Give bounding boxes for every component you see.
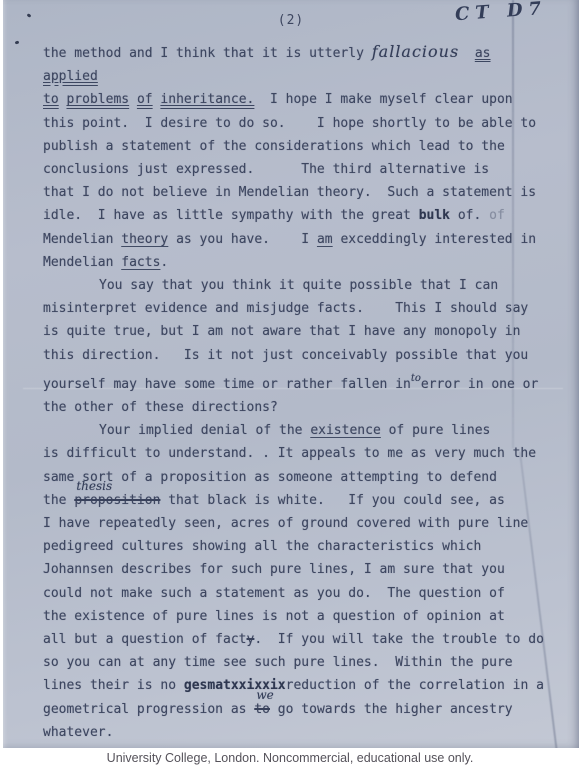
typed-line: Johannsen describes for such pure lines,… <box>43 558 551 581</box>
typed-line: publish a statement of the consideration… <box>43 135 551 158</box>
text-segment: all but a question of fact <box>43 632 247 647</box>
text-segment: whatever. <box>43 725 113 740</box>
text-segment: misinterpret evidence and misjudge facts… <box>43 301 528 316</box>
typed-line: that I do not believe in Mendelian theor… <box>43 181 551 204</box>
text-segment: Mendelian <box>43 255 121 270</box>
typed-line: is difficult to understand. . It appeals… <box>43 442 551 465</box>
typed-line: idle. I have as little sympathy with the… <box>43 204 551 227</box>
typed-line: is quite true, but I am not aware that I… <box>43 320 551 343</box>
text-segment: reduction of the correlation in a <box>286 678 544 693</box>
text-segment: yourself may have some time or rather fa… <box>43 377 411 392</box>
typed-line: Your implied denial of the existence of … <box>43 419 551 442</box>
text-segment: am <box>317 232 333 247</box>
text-segment: conclusions just expressed. The third al… <box>43 162 489 177</box>
typed-line: all but a question of facty. If you will… <box>43 628 551 651</box>
typed-line: pedigreed cultures showing all the chara… <box>43 535 551 558</box>
text-segment: the other of these directions? <box>43 400 278 415</box>
paper-speck <box>15 40 20 44</box>
page-number: (2) <box>3 13 579 28</box>
text-segment: of pure lines <box>381 423 491 438</box>
text-segment: lines their is no <box>43 678 184 693</box>
typed-line: whatever. <box>43 721 551 744</box>
text-segment <box>459 46 475 61</box>
text-segment: I hope I make myself clear upon <box>254 92 512 107</box>
text-segment: as you have. I <box>168 232 317 247</box>
typed-line: Mendelian facts. <box>43 251 551 274</box>
text-segment: that I do not believe in Mendelian theor… <box>43 185 536 200</box>
typed-line: I have repeatedly seen, acres of ground … <box>43 512 551 535</box>
typed-line: yourself may have some time or rather fa… <box>43 367 551 396</box>
text-segment: could not make such a statement as you d… <box>43 586 505 601</box>
typed-line: lines their is no gesmatxxixxixreduction… <box>43 674 551 697</box>
handwritten-insertion: we <box>256 689 273 701</box>
text-segment: is difficult to understand. . It appeals… <box>43 446 536 461</box>
letter-page: CT D7 (2) the method and I think that it… <box>3 0 579 748</box>
text-segment: of <box>137 92 153 107</box>
typed-line: conclusions just expressed. The third al… <box>43 158 551 181</box>
text-segment: this direction. Is it not just conceivab… <box>43 348 528 363</box>
text-segment: . <box>160 255 168 270</box>
text-segment: Mendelian <box>43 232 121 247</box>
typed-line: geometrical progression as towe go towar… <box>43 698 551 721</box>
typed-line: Mendelian theory as you have. I am exced… <box>43 228 551 251</box>
typed-line: misinterpret evidence and misjudge facts… <box>43 297 551 320</box>
text-segment: the existence of pure lines is not a que… <box>43 609 505 624</box>
text-segment: . If you will take the trouble to do <box>254 632 544 647</box>
text-segment: facts <box>121 255 160 270</box>
copyright-caption: University College, London. Noncommercia… <box>0 748 580 768</box>
text-segment: to <box>411 373 421 384</box>
typed-line: the existence of pure lines is not a que… <box>43 605 551 628</box>
text-segment: propositionthesis <box>74 493 160 508</box>
typed-line: to problems of inheritance. I hope I mak… <box>43 88 551 111</box>
typed-line: the other of these directions? <box>43 396 551 419</box>
text-segment: towe <box>254 702 270 717</box>
text-segment: pedigreed cultures showing all the chara… <box>43 539 481 554</box>
text-segment: You say that you think it quite possible… <box>99 278 498 293</box>
text-segment: of. <box>450 208 489 223</box>
text-segment: error in one or <box>421 377 538 392</box>
text-segment: problems <box>66 92 129 107</box>
text-segment: applied <box>43 69 98 84</box>
text-segment: as <box>475 46 491 61</box>
text-segment: so you can at any time see such pure lin… <box>43 655 513 670</box>
footer-band: University College, London. Noncommercia… <box>0 748 580 770</box>
text-segment: existence <box>310 423 380 438</box>
text-segment: of <box>489 208 505 223</box>
text-segment: idle. I have as little sympathy with the… <box>43 208 419 223</box>
text-segment: I have repeatedly seen, acres of ground … <box>43 516 528 531</box>
handwritten-word: fallacious <box>372 42 459 61</box>
typed-line: the method and I think that it is utterl… <box>43 40 551 88</box>
text-segment: publish a statement of the consideration… <box>43 139 505 154</box>
text-segment: bulk <box>419 208 450 223</box>
letter-body: the method and I think that it is utterl… <box>43 40 551 744</box>
text-segment: this point. I desire to do so. I hope sh… <box>43 116 536 131</box>
text-segment: go towards the higher ancestry <box>270 702 513 717</box>
text-segment: inheritance. <box>160 92 254 107</box>
text-segment <box>491 46 499 61</box>
text-segment: to <box>43 92 59 107</box>
text-segment <box>129 92 137 107</box>
text-segment: that black is white. If you could see, a… <box>160 493 504 508</box>
typed-line: same sort of a proposition as someone at… <box>43 466 551 489</box>
text-segment: theory <box>121 232 168 247</box>
typed-line: this direction. Is it not just conceivab… <box>43 344 551 367</box>
handwritten-insertion: thesis <box>76 480 112 492</box>
text-segment: the <box>43 493 74 508</box>
typed-line: You say that you think it quite possible… <box>43 274 551 297</box>
text-segment: is quite true, but I am not aware that I… <box>43 324 520 339</box>
text-segment: exceddingly interested in <box>333 232 537 247</box>
typed-line: the propositionthesis that black is whit… <box>43 489 551 512</box>
text-segment: geometrical progression as <box>43 702 254 717</box>
typed-line: this point. I desire to do so. I hope sh… <box>43 112 551 135</box>
text-segment: Johannsen describes for such pure lines,… <box>43 562 505 577</box>
typed-line: could not make such a statement as you d… <box>43 582 551 605</box>
text-segment: the method and I think that it is utterl… <box>43 46 372 61</box>
typed-line: so you can at any time see such pure lin… <box>43 651 551 674</box>
text-segment: Your implied denial of the <box>99 423 310 438</box>
